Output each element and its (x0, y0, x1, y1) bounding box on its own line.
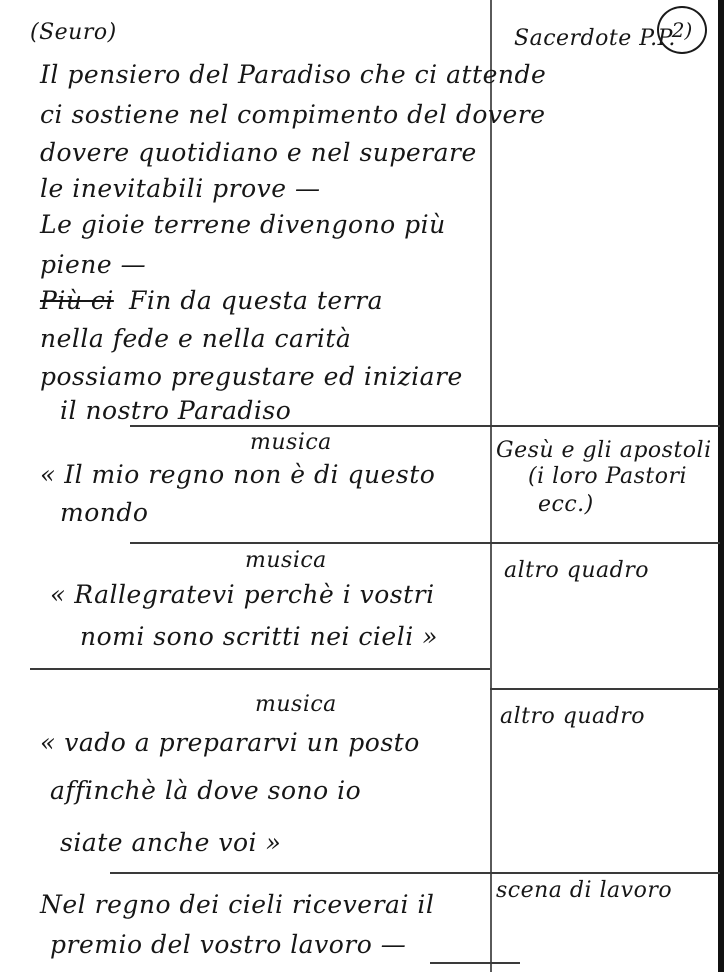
quote-line: « vado a prepararvi un posto (40, 730, 420, 755)
struck-text: Più ci (40, 286, 114, 315)
section-divider (110, 872, 720, 874)
right-note: altro quadro (504, 560, 649, 582)
right-header: Sacerdote P.P. (514, 28, 676, 50)
quote-line: « Rallegratevi perchè i vostri (50, 582, 435, 607)
text-line: nella fede e nella carità (40, 326, 351, 351)
text-line: dovere quotidiano e nel superare (40, 140, 477, 165)
quote-line: mondo (60, 500, 148, 525)
section-divider (130, 542, 720, 544)
section-divider (130, 425, 720, 427)
end-flourish (430, 962, 520, 964)
quote-line: affinchè là dove sono io (50, 778, 361, 803)
right-note: scena di lavoro (496, 880, 672, 902)
section-heading-musica: musica (245, 550, 327, 572)
section-divider-right (490, 688, 720, 690)
page-edge (718, 0, 724, 972)
right-note: altro quadro (500, 706, 645, 728)
right-note: (i loro Pastori (528, 466, 687, 488)
section-divider (30, 668, 490, 670)
column-divider (490, 0, 492, 972)
right-note: Gesù e gli apostoli (496, 440, 712, 462)
text-segment: Fin da questa terra (129, 286, 383, 315)
text-line-with-strike: Più ci Fin da questa terra (40, 288, 383, 313)
page-number-circle: 2) (657, 6, 707, 54)
text-line: il nostro Paradiso (60, 398, 291, 423)
text-line: Nel regno dei cieli riceverai il (40, 892, 434, 917)
right-note: ecc.) (538, 494, 594, 516)
text-line: piene — (40, 252, 146, 277)
text-line: Le gioie terrene divengono più (40, 212, 446, 237)
page-number: 2) (672, 18, 693, 42)
text-line: le inevitabili prove — (40, 176, 321, 201)
header-note: (Seuro) (30, 22, 117, 44)
quote-line: nomi sono scritti nei cieli » (80, 624, 438, 649)
text-line: ci sostiene nel compimento del dovere (40, 102, 546, 127)
text-line: premio del vostro lavoro — (50, 932, 406, 957)
quote-line: siate anche voi » (60, 830, 281, 855)
section-heading-musica: musica (250, 432, 332, 454)
text-line: Il pensiero del Paradiso che ci attende (40, 62, 546, 87)
section-heading-musica: musica (255, 694, 337, 716)
text-line: possiamo pregustare ed iniziare (40, 364, 463, 389)
quote-line: « Il mio regno non è di questo (40, 462, 435, 487)
